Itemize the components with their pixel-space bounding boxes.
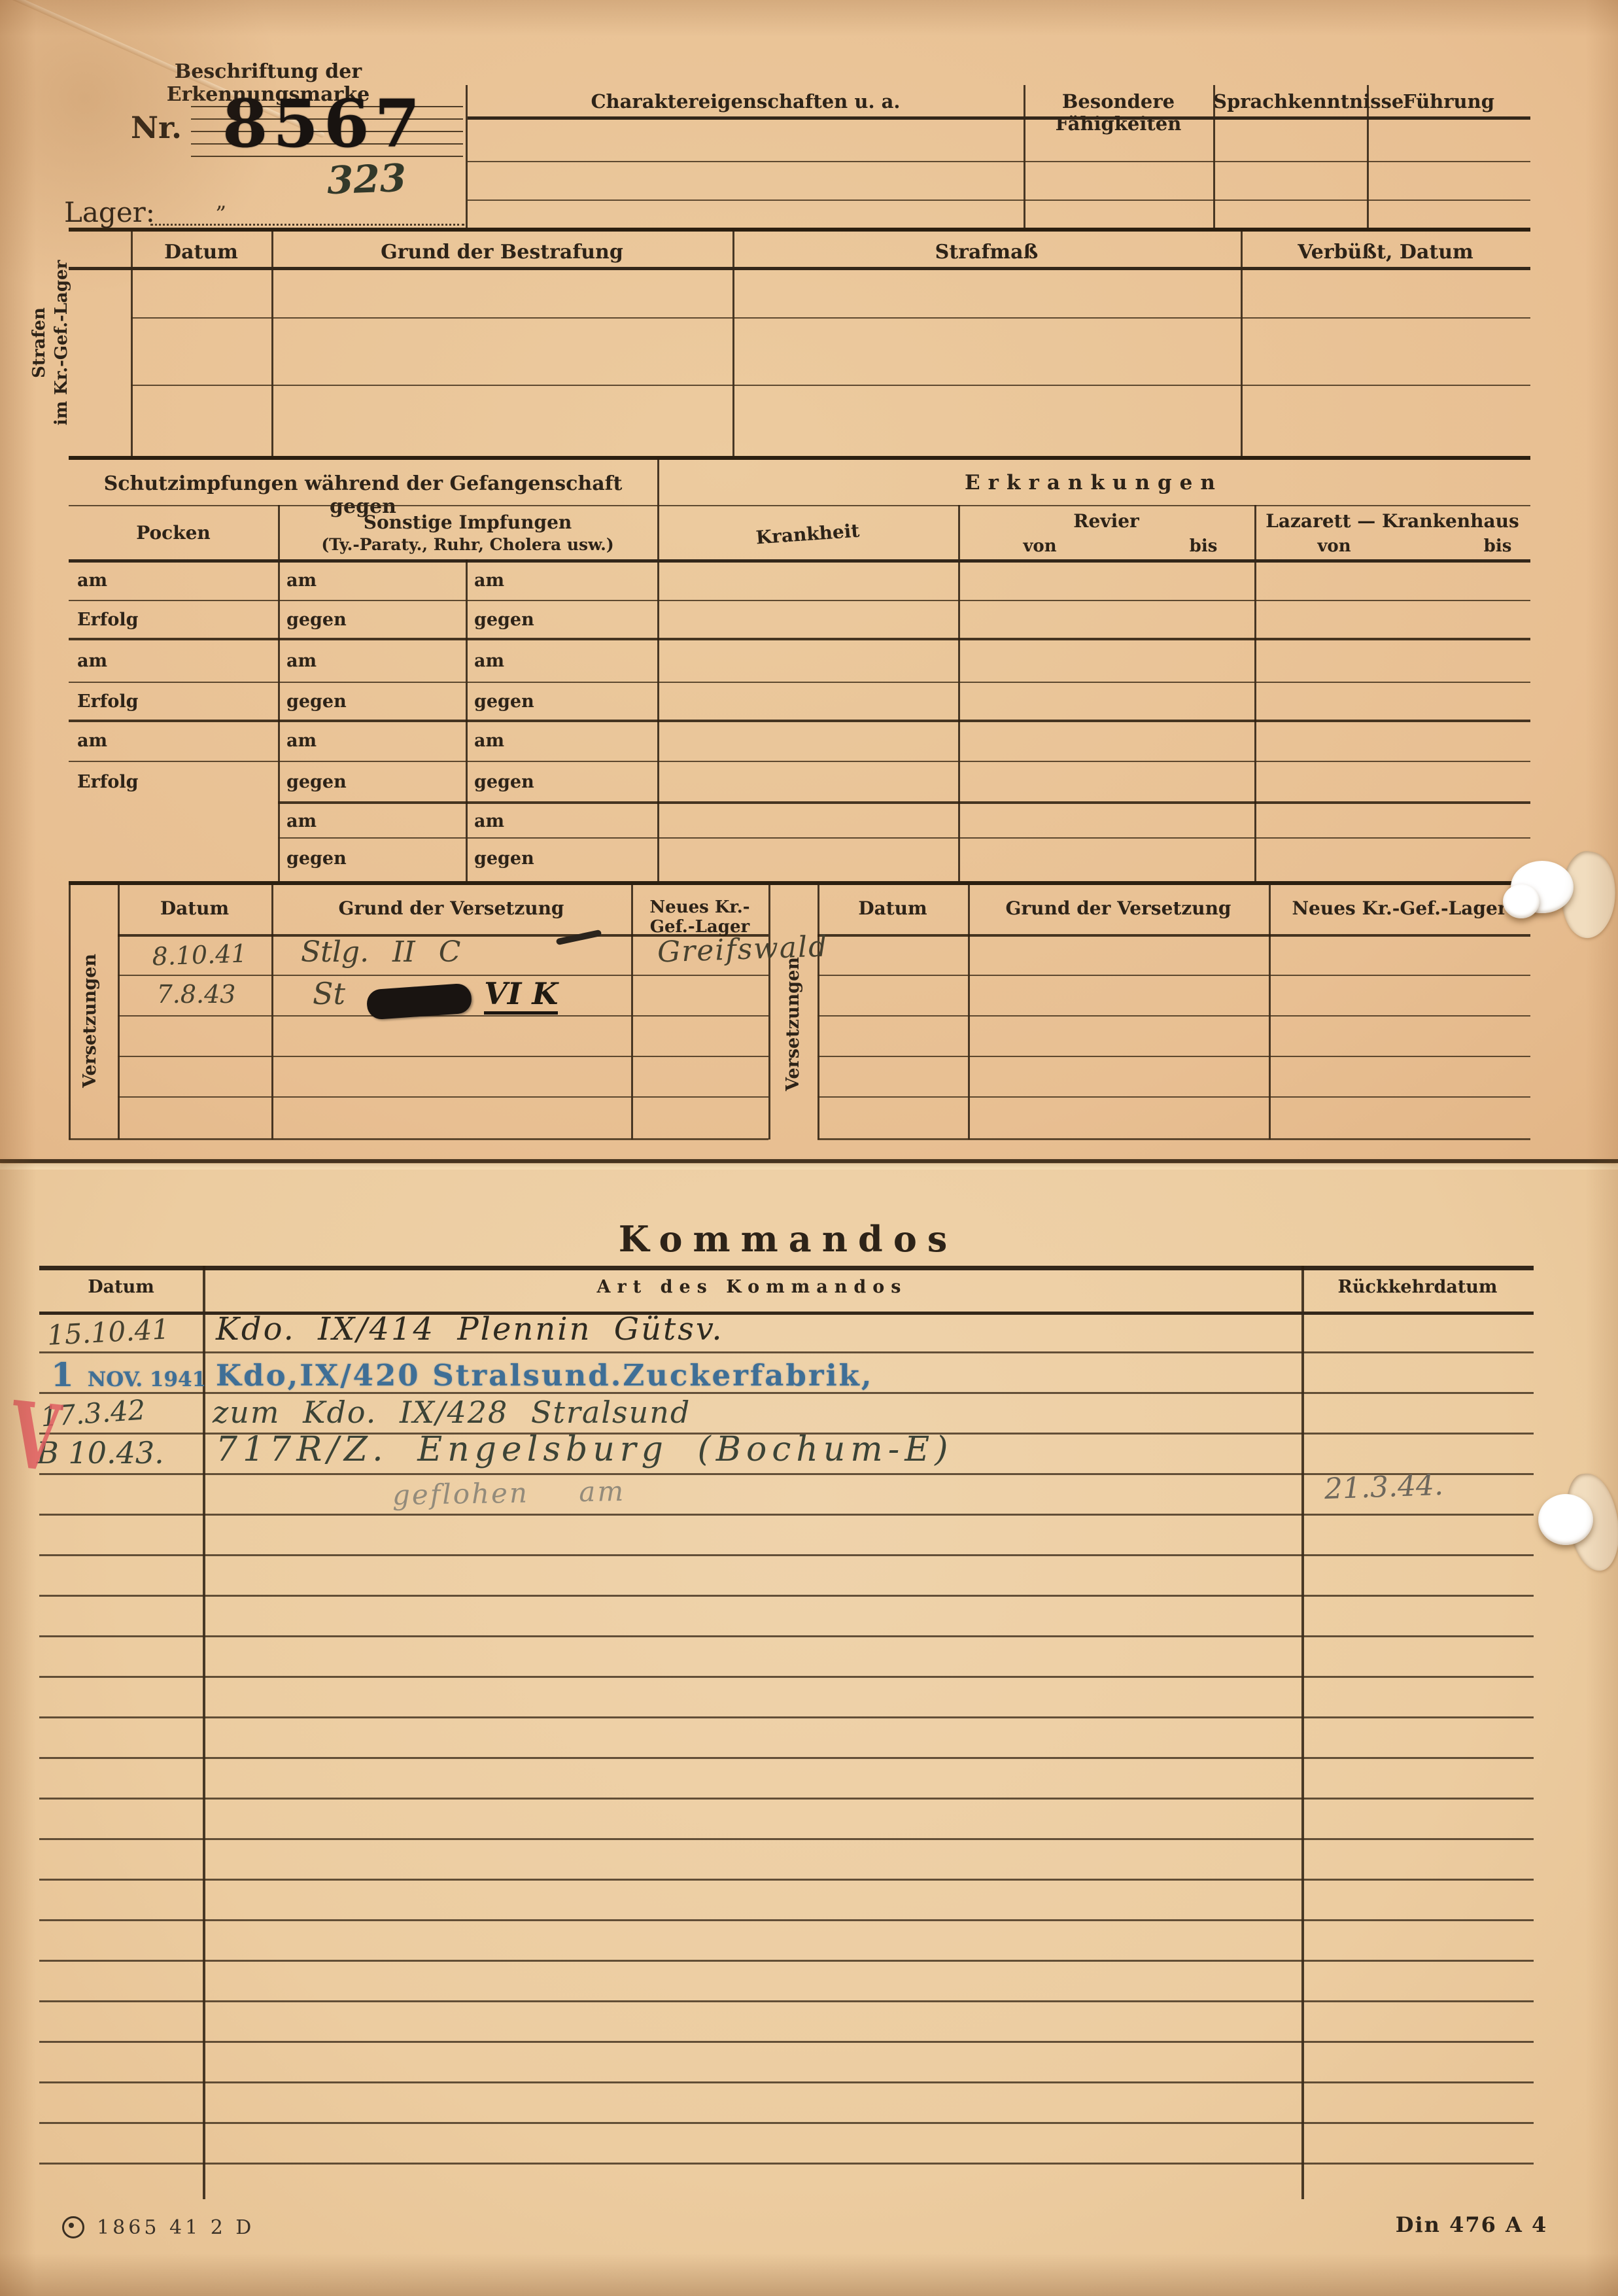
kommando-entry5-rueckkehr: 21.3.44. [1324,1469,1444,1506]
versetz-entry2-grund-prefix: St [313,976,345,1011]
sonstige1-gegen-2: gegen [286,691,347,712]
rule-line [69,228,1530,232]
sonstige2-am-4: am [474,811,504,831]
rule-line [818,934,1530,937]
lazarett-bis-label: bis [1452,536,1543,556]
kommandos-col-art: Art des Kommandos [203,1277,1301,1297]
versetz-left-col-grund: Grund der Versetzung [271,897,631,919]
rule-line [69,1138,768,1140]
sonstige2-gegen-4: gegen [474,848,534,869]
kommando-entry5-note: geflohen am [392,1475,626,1511]
rule-line [69,600,1530,601]
versetz-left-col-datum: Datum [118,897,271,919]
nr-label: Nr. [131,110,182,145]
versetz-entry2-datum: 7.8.43 [124,980,268,1009]
rule-line [69,456,1530,460]
strafen-col-grund: Grund der Bestrafung [271,241,732,264]
rule-line [468,161,1530,162]
divider-line [118,885,120,1139]
col-lazarett: Lazarett — Krankenhaus [1254,510,1530,532]
sonstige2-gegen-3: gegen [474,772,534,792]
card-fold-highlight [0,1164,1618,1170]
kommandos-col-rueckkehr: Rückkehrdatum [1301,1277,1534,1297]
sonstige1-am-4: am [286,811,317,831]
lazarett-von-label: von [1288,536,1380,556]
rule-line [131,317,1530,319]
sonstige1-am-3: am [286,731,317,751]
footer-left: 1865 41 2 D [62,2216,254,2241]
divider-line [818,885,819,1139]
rule-line [69,505,1530,506]
strafen-side-label: Strafen im Kr.-Gef.-Lager [28,235,73,451]
versetz-entry2-grund-suffix: VI K [484,976,558,1015]
kommando-entry1-art: Kdo. IX/414 Plennin Gütsv. [216,1311,724,1348]
lager-label: Lager: [64,196,155,228]
pocken-am-1: am [77,570,107,591]
pocken-erfolg-2: Erfolg [77,691,139,712]
strafen-side-label-line1: Strafen [28,235,50,451]
kommando-entry2-datum: 1 NOV. 1941 [51,1355,206,1394]
kommando-entry1-datum: 15.10.41 [46,1313,170,1351]
strafen-col-strafmass: Strafmaß [732,241,1241,264]
rule-line [69,720,1530,722]
versetz-left-col-lager: Neues Kr.-Gef.-Lager [631,897,768,937]
divider-line [69,885,71,1139]
revier-von-label: von [994,536,1086,556]
sonstige2-am-2: am [474,651,504,671]
rule-line [278,801,1530,804]
sonstige2-gegen-1: gegen [474,610,534,630]
rule-line [818,1138,1530,1140]
rule-line [118,1096,768,1098]
kommando-entry2-art: Kdo,IX/420 Stralsund.Zuckerfabrik, [216,1358,874,1393]
col-header-languages: Sprachkenntnisse [1213,90,1367,113]
col-pocken: Pocken [69,522,278,544]
col-sonstige-line2: (Ty.-Paraty., Ruhr, Cholera usw.) [278,535,657,554]
divider-line [271,885,273,1139]
sonstige1-gegen-4: gegen [286,848,347,869]
rule-line [818,1056,1530,1057]
pocken-am-2: am [77,651,107,671]
rule-line [69,761,1530,762]
rule-line [69,881,1530,885]
pocken-erfolg-3: Erfolg [77,772,139,792]
rule-line [278,837,1530,839]
sonstige2-gegen-2: gegen [474,691,534,712]
col-header-conduct: Führung [1367,90,1530,113]
divider-line [1269,885,1271,1139]
sonstige1-gegen-1: gegen [286,610,347,630]
card-fold-edge [0,1159,1618,1163]
kommando-entry2-monthyear: NOV. 1941 [88,1368,206,1391]
punch-hole [1538,1494,1593,1545]
din-code: Din 476 A 4 [1347,2212,1596,2237]
rule-line [39,1266,1534,1270]
ink-redaction-blob [366,983,473,1020]
erkrankungen-header: Erkrankungen [657,471,1530,495]
rule-line [818,1096,1530,1098]
lager-dotted-line [150,208,464,226]
sonstige2-am-1: am [474,570,504,591]
rule-line [468,116,1530,120]
col-header-abilities: Besondere Fähigkeiten [1024,90,1213,135]
punch-hole [1503,884,1540,918]
print-code: 1865 41 2 D [97,2216,254,2239]
versetz-right-col-grund: Grund der Versetzung [968,897,1269,919]
rule-line [118,1056,768,1057]
col-sonstige-line1: Sonstige Impfungen [278,512,657,533]
kommando-entry3-art: zum Kdo. IX/428 Stralsund [213,1395,691,1430]
versetz-entry-datum: 8.10.41 [127,938,271,972]
sonstige1-am-1: am [286,570,317,591]
kommandos-title: Kommandos [526,1218,1050,1260]
rule-line [468,200,1530,201]
versetz-entry-grund: Stlg. II C [301,935,460,969]
rule-line [818,1015,1530,1017]
versetz-entry2-grund: St VI K [313,976,558,1017]
strafen-col-datum: Datum [131,241,271,264]
prisoner-number-stamp: 8567 [190,85,458,162]
strafen-col-verbuesst: Verbüßt, Datum [1241,241,1530,264]
revier-bis-label: bis [1158,536,1249,556]
divider-line [768,885,770,1139]
rule-line [818,975,1530,976]
kommandos-col-datum: Datum [39,1277,203,1297]
versetz-entry-lager: Greifswald [657,930,829,969]
col-header-characteristics: Charaktereigenschaften u. a. [468,90,1024,113]
sonstige1-am-2: am [286,651,317,671]
sonstige2-am-3: am [474,731,504,751]
kommando-entry4-art: 717R/Z. Engelsburg (Bochum-E) [216,1430,954,1469]
sonstige1-gegen-3: gegen [286,772,347,792]
rule-line [69,682,1530,683]
versetz-right-col-datum: Datum [818,897,968,919]
printer-emblem-icon [62,2216,84,2238]
divider-line [657,456,659,881]
rule-line [69,638,1530,640]
pocken-am-3: am [77,731,107,751]
versetz-right-col-lager: Neues Kr.-Gef.-Lager [1269,897,1530,919]
rule-line [69,559,1530,563]
divider-line [968,885,970,1139]
col-revier: Revier [958,510,1254,532]
prisoner-number-handwritten: 323 [326,156,407,203]
pocken-erfolg-1: Erfolg [77,610,139,630]
rule-line [69,267,1530,270]
versetzungen-side-label-left: Versetzungen [80,921,100,1121]
rule-line [131,385,1530,386]
